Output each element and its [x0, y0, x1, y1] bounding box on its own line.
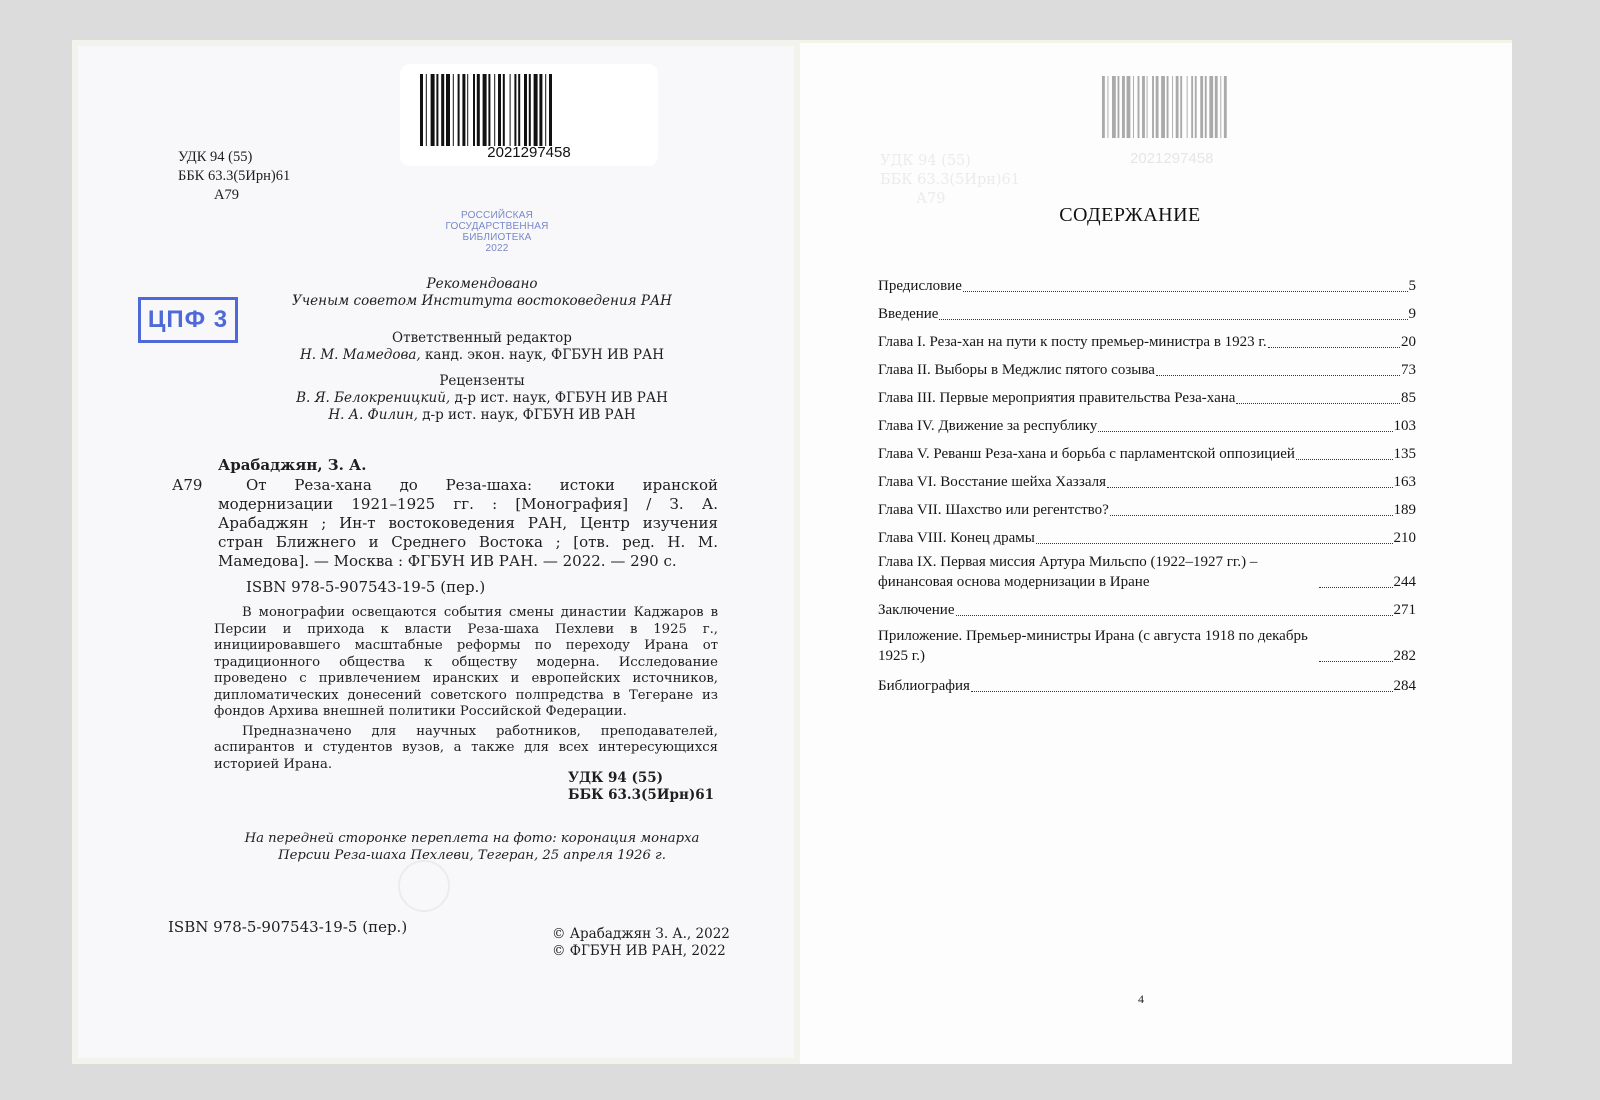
barcode-sticker: 2021297458: [400, 64, 658, 166]
toc-entry-title: Глава II. Выборы в Меджлис пятого созыва: [878, 360, 1155, 380]
copyright: © Арабаджян З. А., 2022 © ФГБУН ИВ РАН, …: [552, 926, 730, 960]
page-number: 4: [1138, 992, 1144, 1007]
catalog-code: А79: [172, 476, 202, 495]
annotation: В монографии освещаются события смены ди…: [214, 605, 718, 773]
toc-entry: Введение9: [878, 304, 1416, 324]
toc-entry-page: 271: [1394, 600, 1417, 620]
reviewers: Рецензенты В. Я. Белокреницкий, д-р ист.…: [222, 373, 742, 424]
toc-entry-page: 135: [1394, 444, 1417, 464]
udk-code: УДК 94 (55): [178, 148, 290, 167]
toc-entry-page: 9: [1409, 304, 1417, 324]
barcode-number: 2021297458: [400, 144, 658, 161]
author-mark: А79: [178, 186, 290, 205]
toc-entry: Глава VIII. Конец драмы210: [878, 528, 1416, 548]
toc-entry: Глава III. Первые мероприятия правительс…: [878, 388, 1416, 408]
toc-entry: Заключение271: [878, 600, 1416, 620]
publisher-emblem-icon: [398, 860, 450, 912]
dot-leader: [1107, 486, 1392, 488]
toc-entry: Приложение. Премьер-министры Ирана (с ав…: [878, 626, 1416, 666]
toc-entry-title: Глава V. Реванш Реза-хана и борьба с пар…: [878, 444, 1295, 464]
dot-leader: [939, 318, 1407, 320]
dot-leader: [971, 690, 1393, 692]
toc-entry-page: 85: [1401, 388, 1416, 408]
dot-leader: [1110, 514, 1393, 516]
toc-entry-title: Заключение: [878, 600, 955, 620]
toc-entry: Глава IX. Первая миссия Артура Мильспо (…: [878, 552, 1416, 592]
toc-entry: Глава V. Реванш Реза-хана и борьба с пар…: [878, 444, 1416, 464]
toc-entry: Глава VII. Шахство или регентство?189: [878, 500, 1416, 520]
left-page-imprint: 2021297458 РОССИЙСКАЯ ГОСУДАРСТВЕННАЯ БИ…: [72, 40, 800, 1064]
bleed-through-codes: УДК 94 (55) ББК 63.3(5Ирн)61 А79: [880, 152, 1020, 209]
dot-leader: [1319, 660, 1393, 662]
bleed-through-barcode-icon: [1102, 76, 1308, 138]
toc-entry-page: 5: [1409, 276, 1417, 296]
dot-leader: [956, 614, 1393, 616]
dot-leader: [1236, 402, 1400, 404]
bleed-through-number: 2021297458: [1130, 150, 1213, 167]
dot-leader: [1268, 346, 1400, 348]
toc-entry: Предисловие5: [878, 276, 1416, 296]
barcode-icon: [420, 74, 638, 146]
toc-entry: Глава I. Реза-хан на пути к посту премье…: [878, 332, 1416, 352]
toc-entry-page: 210: [1394, 528, 1417, 548]
dot-leader: [1156, 374, 1400, 376]
isbn: ISBN 978-5-907543-19-5 (пер.): [168, 918, 407, 936]
right-page-contents: 2021297458 УДК 94 (55) ББК 63.3(5Ирн)61 …: [800, 40, 1512, 1064]
toc-entry-title: Глава I. Реза-хан на пути к посту премье…: [878, 332, 1267, 352]
toc-entry-title: Глава VIII. Конец драмы: [878, 528, 1035, 548]
toc-entry: Глава IV. Движение за республику103: [878, 416, 1416, 436]
dot-leader: [963, 290, 1408, 292]
library-stamp: РОССИЙСКАЯ ГОСУДАРСТВЕННАЯ БИБЛИОТЕКА 20…: [422, 210, 572, 254]
dot-leader: [1319, 586, 1393, 588]
dot-leader: [1098, 430, 1392, 432]
toc-entry-title: Введение: [878, 304, 938, 324]
toc-entry: Глава II. Выборы в Меджлис пятого созыва…: [878, 360, 1416, 380]
bbk-code: ББК 63.3(5Ирн)61: [178, 167, 290, 186]
catalog-description: От Реза-хана до Реза-шаха: истоки иранск…: [218, 476, 718, 571]
toc-entry-title: Приложение. Премьер-министры Ирана (с ав…: [878, 626, 1318, 666]
toc-entry: Глава VI. Восстание шейха Хаззаля163: [878, 472, 1416, 492]
catalog-author: Арабаджян, З. А.: [218, 456, 367, 475]
toc-entry-page: 189: [1394, 500, 1417, 520]
toc-entry-title: Библиография: [878, 676, 970, 696]
toc-entry-page: 284: [1394, 676, 1417, 696]
toc-entry-title: Глава III. Первые мероприятия правительс…: [878, 388, 1235, 408]
toc-entry-title: Глава IX. Первая миссия Артура Мильспо (…: [878, 552, 1318, 592]
recommendation: Рекомендовано Ученым советом Института в…: [222, 276, 742, 310]
toc-entry-title: Глава IV. Движение за республику: [878, 416, 1097, 436]
dot-leader: [1036, 542, 1393, 544]
toc-entry: Библиография284: [878, 676, 1416, 696]
dot-leader: [1296, 458, 1393, 460]
toc-entry-page: 282: [1394, 646, 1417, 666]
toc-entry-page: 163: [1394, 472, 1417, 492]
catalog-isbn: ISBN 978-5-907543-19-5 (пер.): [246, 578, 485, 597]
toc-entry-page: 103: [1394, 416, 1417, 436]
toc-entry-title: Глава VII. Шахство или регентство?: [878, 500, 1109, 520]
toc-entry-title: Предисловие: [878, 276, 962, 296]
cover-photo-note: На передней сторонке переплета на фото: …: [192, 830, 752, 864]
toc-entry-page: 244: [1394, 572, 1417, 592]
toc-entry-page: 20: [1401, 332, 1416, 352]
responsible-editor: Ответственный редактор Н. М. Мамедова, к…: [222, 330, 742, 364]
toc-entry-title: Глава VI. Восстание шейха Хаззаля: [878, 472, 1106, 492]
classification-codes: УДК 94 (55) ББК 63.3(5Ирн)61 А79: [178, 148, 290, 205]
contents-title: СОДЕРЖАНИЕ: [960, 204, 1300, 227]
toc-entry-page: 73: [1401, 360, 1416, 380]
classification-codes-bold: УДК 94 (55) ББК 63.3(5Ирн)61: [568, 770, 714, 804]
